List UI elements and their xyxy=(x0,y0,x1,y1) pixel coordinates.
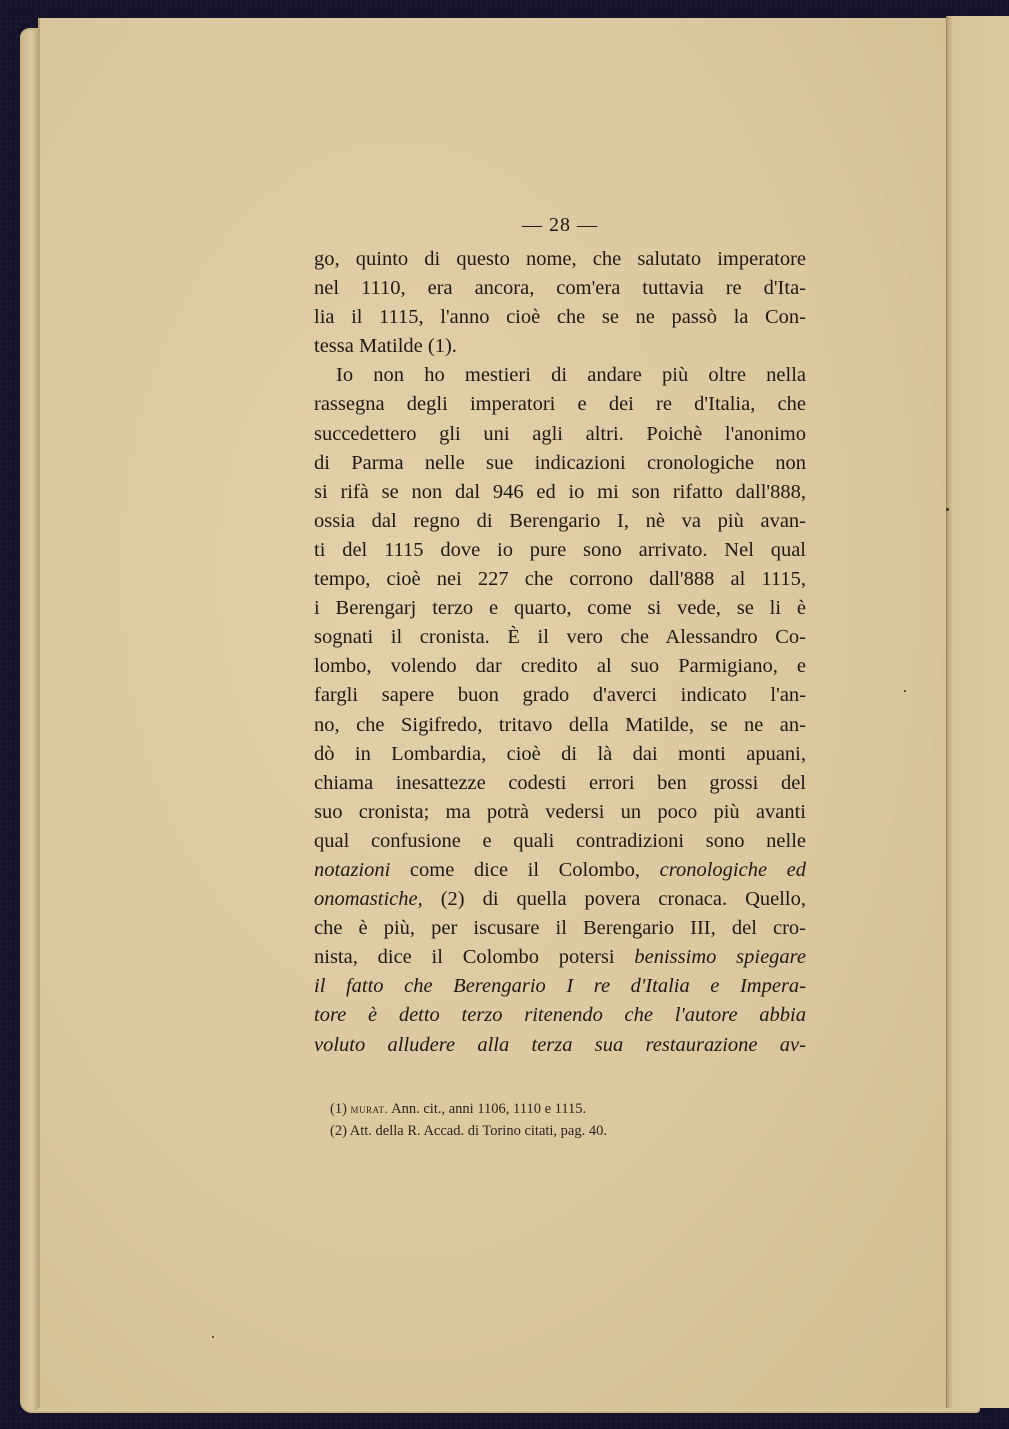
text-line: no, che Sigifredo, tritavo della Matilde… xyxy=(314,711,806,740)
text-line: nista, dice il Colombo potersi benissimo… xyxy=(314,943,806,972)
text-line: go, quinto di questo nome, che salutato … xyxy=(314,245,806,274)
italic-quote: voluto alludere alla terza sua restauraz… xyxy=(314,1034,806,1056)
paragraph-1: go, quinto di questo nome, che salutato … xyxy=(314,245,806,361)
text-line: ti del 1115 dove io pure sono arrivato. … xyxy=(314,536,806,565)
text-line: tempo, cioè nei 227 che corrono dall'888… xyxy=(314,565,806,594)
text-line: succedettero gli uni agli altri. Poichè … xyxy=(314,420,806,449)
italic-term: cronologiche ed xyxy=(660,859,806,881)
text-line: chiama inesattezze codesti errori ben gr… xyxy=(314,769,806,798)
text-line: dò in Lombardia, cioè di là dai monti ap… xyxy=(314,740,806,769)
italic-term: notazioni xyxy=(314,859,390,881)
text-span: nista, dice il Colombo potersi xyxy=(314,946,634,968)
italic-quote: benissimo spiegare xyxy=(634,946,806,968)
text-line: lombo, volendo dar credito al suo Parmig… xyxy=(314,652,806,681)
text-line: sognati il cronista. È il vero che Aless… xyxy=(314,623,806,652)
text-line: tore è detto terzo ritenendo che l'autor… xyxy=(314,1001,806,1030)
text-line: nel 1110, era ancora, com'era tuttavia r… xyxy=(314,274,806,303)
text-line: onomastiche, (2) di quella povera cronac… xyxy=(314,885,806,914)
footnote-marker: (2) xyxy=(330,1123,347,1139)
paper-speck xyxy=(904,690,906,692)
footnotes: (1) murat. Ann. cit., anni 1106, 1110 e … xyxy=(330,1098,800,1142)
footnote-text: Ann. cit., anni 1106, 1110 e 1115. xyxy=(388,1101,586,1117)
text-line: notazioni come dice il Colombo, cronolog… xyxy=(314,856,806,885)
text-span: (2) di quella povera cronaca. Quello, xyxy=(423,888,806,910)
italic-term: onomastiche, xyxy=(314,888,423,910)
paper-speck xyxy=(212,1336,214,1338)
main-text: — 28 — go, quinto di questo nome, che sa… xyxy=(314,212,806,1060)
text-line: voluto alludere alla terza sua restauraz… xyxy=(314,1031,806,1060)
text-line: suo cronista; ma potrà vedersi un poco p… xyxy=(314,798,806,827)
footnote-marker: (1) xyxy=(330,1101,347,1117)
paper-speck xyxy=(946,508,949,511)
text-line: ossia dal regno di Berengario I, nè va p… xyxy=(314,507,806,536)
facing-page-edge xyxy=(946,16,1009,1408)
footnote-author: murat. xyxy=(351,1101,389,1116)
text-line: tessa Matilde (1). xyxy=(314,332,806,361)
page-number: — 28 — xyxy=(314,212,806,238)
footnote-text: Att. della R. Accad. di Torino citati, p… xyxy=(347,1123,607,1139)
text-line: lia il 1115, l'anno cioè che se ne passò… xyxy=(314,303,806,332)
page-edges xyxy=(22,30,38,1410)
text-line: si rifà se non dal 946 ed io mi son rifa… xyxy=(314,478,806,507)
paragraph-2: Io non ho mestieri di andare più oltre n… xyxy=(314,361,806,1059)
text-line: fargli sapere buon grado d'averci indica… xyxy=(314,681,806,710)
italic-quote: tore è detto terzo ritenendo che l'autor… xyxy=(314,1004,806,1026)
italic-quote: il fatto che Berengario I re d'Italia e … xyxy=(314,975,806,997)
text-line: di Parma nelle sue indicazioni cronologi… xyxy=(314,449,806,478)
text-span: come dice il Colombo, xyxy=(390,859,659,881)
text-line: rassegna degli imperatori e dei re d'Ita… xyxy=(314,390,806,419)
text-line: che è più, per iscusare il Berengario II… xyxy=(314,914,806,943)
text-line: qual confusione e quali contradizioni so… xyxy=(314,827,806,856)
text-line: i Berengarj terzo e quarto, come si vede… xyxy=(314,594,806,623)
footnote-2: (2) Att. della R. Accad. di Torino citat… xyxy=(330,1120,800,1142)
text-line: Io non ho mestieri di andare più oltre n… xyxy=(314,361,806,390)
footnote-1: (1) murat. Ann. cit., anni 1106, 1110 e … xyxy=(330,1098,800,1120)
text-line: il fatto che Berengario I re d'Italia e … xyxy=(314,972,806,1001)
